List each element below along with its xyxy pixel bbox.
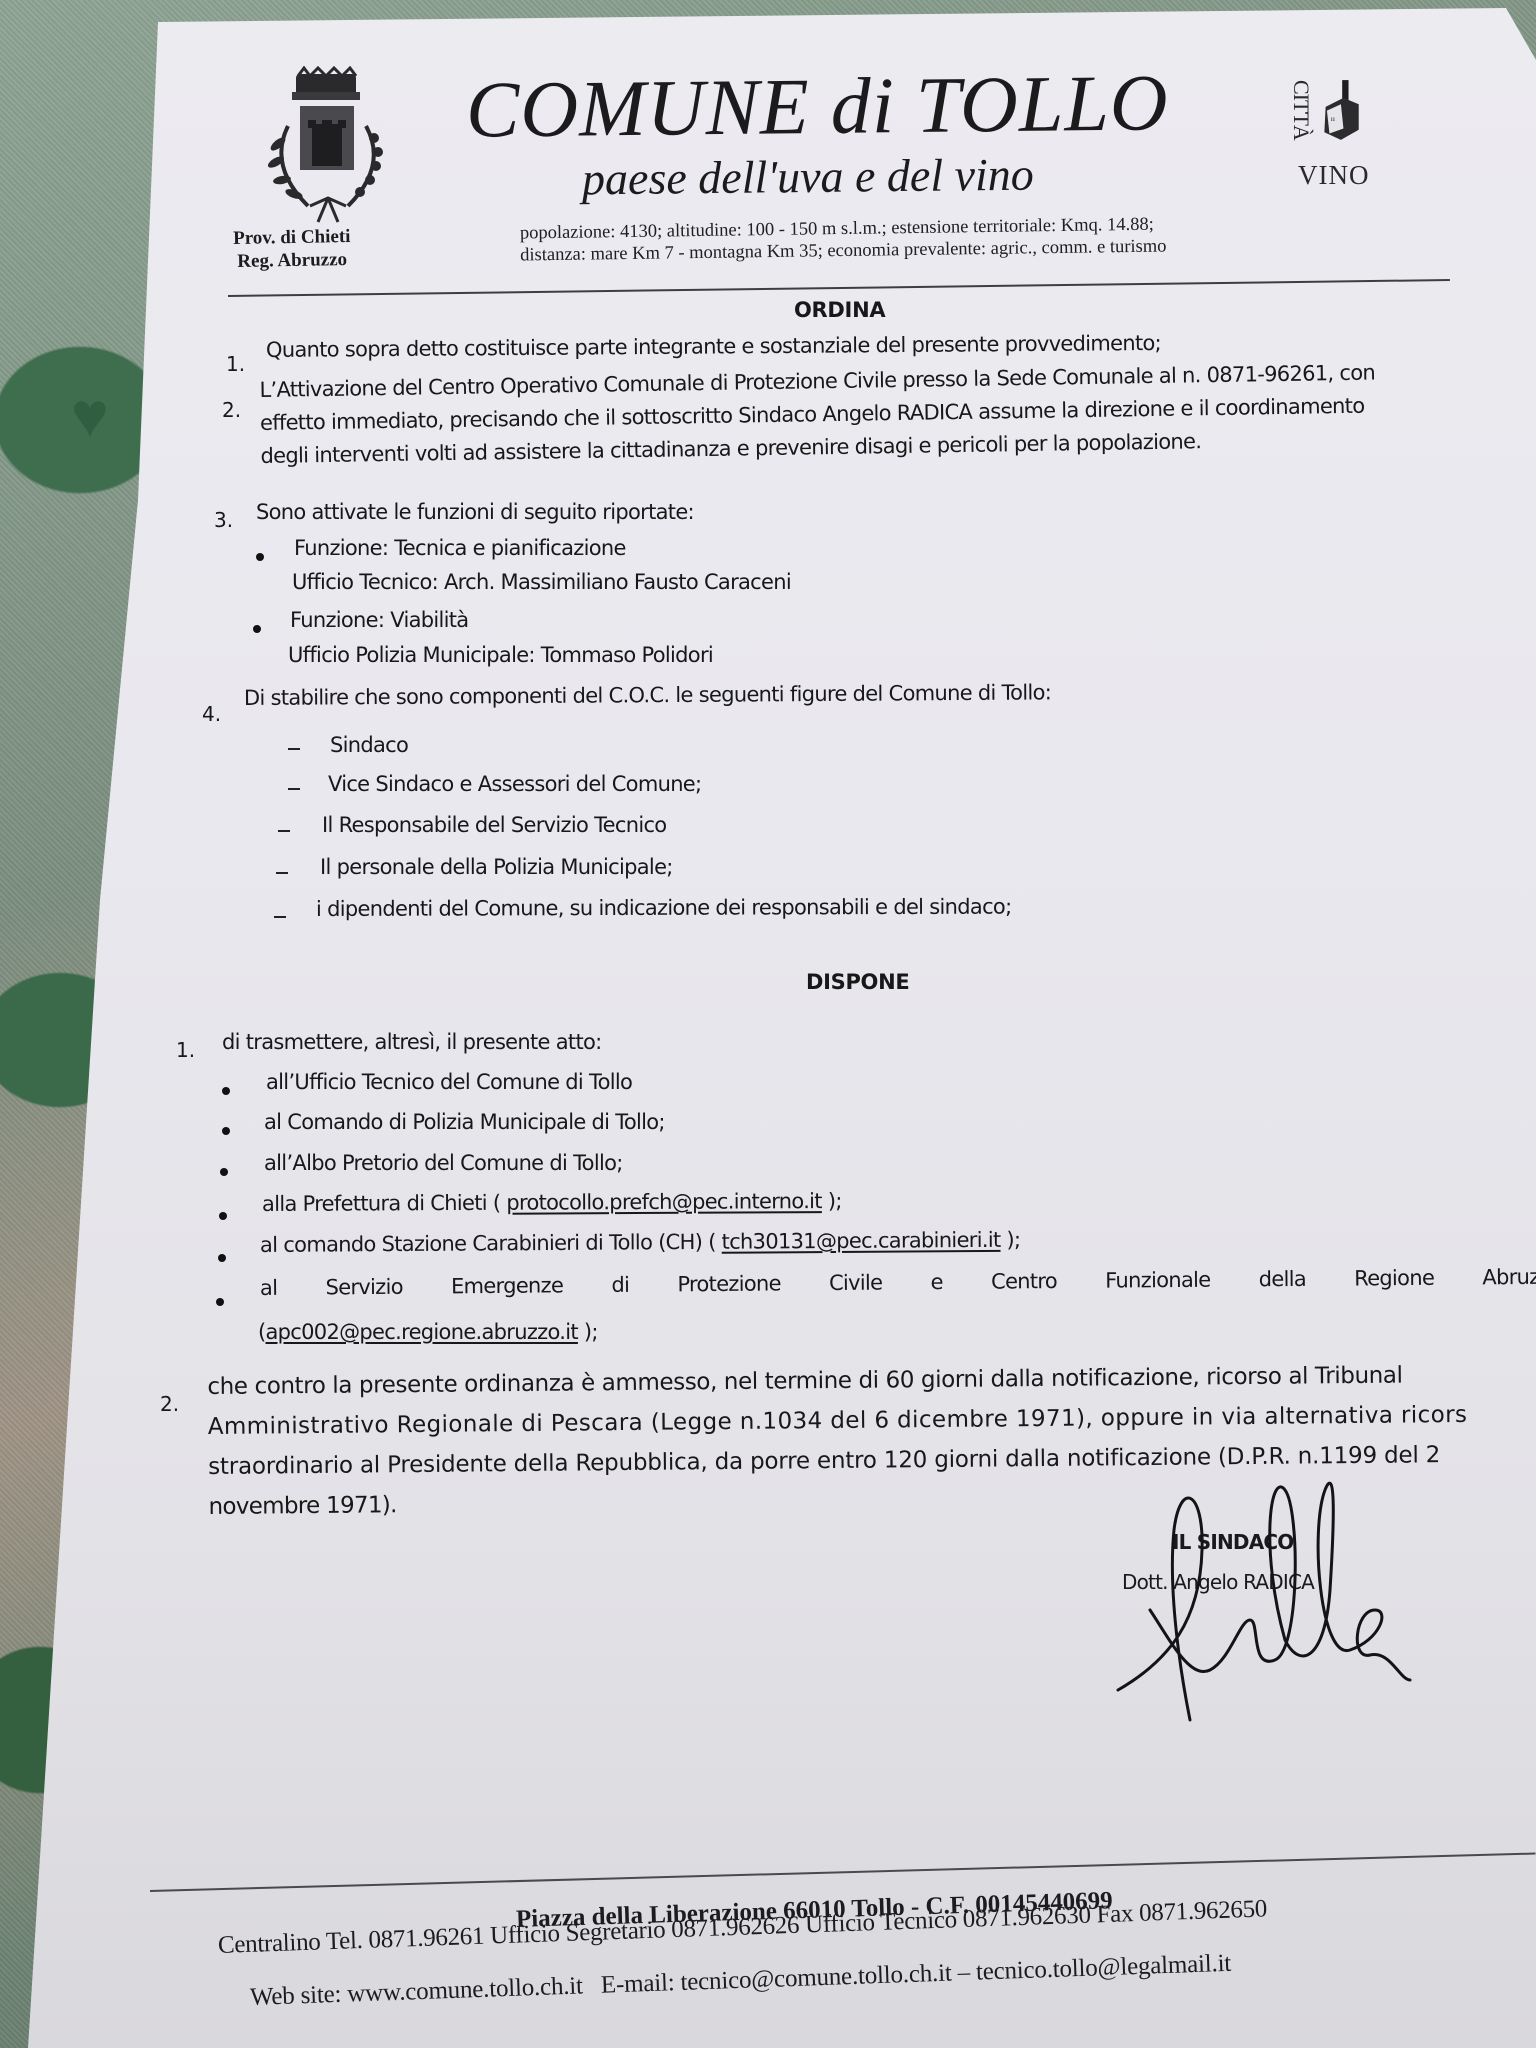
bullet-icon (218, 1254, 226, 1262)
header-divider (228, 279, 1450, 297)
justified-word: della (1259, 1267, 1307, 1291)
regione-email-link[interactable]: apc002@pec.regione.abruzzo.it (266, 1320, 578, 1344)
coc-member-4: Il personale della Polizia Municipale; (320, 855, 673, 879)
municipality-title: COMUNE di TOLLO (466, 58, 1169, 156)
justified-word: di (611, 1273, 629, 1297)
ordina-item-2-line-3: degli interventi volti ad assistere la c… (260, 426, 1376, 468)
justified-word: Centro (991, 1269, 1057, 1294)
bullet-icon (253, 625, 261, 633)
justified-word: Abruzz (1482, 1265, 1536, 1290)
carabinieri-email-link[interactable]: tch30131@pec.carabinieri.it (722, 1228, 1001, 1254)
dispone-item-2-number: 2. (160, 1392, 179, 1416)
bullet-icon (219, 1212, 227, 1220)
ordina-item-3-number: 3. (214, 508, 233, 532)
justified-word: Emergenze (451, 1273, 563, 1298)
bullet-icon (222, 1087, 230, 1095)
coc-member-1: Sindaco (330, 733, 408, 757)
dash-icon (278, 830, 290, 832)
website-label: Web site: (250, 1981, 342, 2011)
dispone-heading: DISPONE (806, 970, 909, 994)
recipient-1: all’Ufficio Tecnico del Comune di Tollo (266, 1070, 632, 1094)
justified-word: Regione (1354, 1266, 1434, 1291)
prefettura-email-link[interactable]: protocollo.prefch@pec.interno.it (506, 1189, 822, 1215)
region-label: Reg. Abruzzo (232, 248, 352, 273)
ordina-item-4: Di stabilire che sono componenti del C.O… (244, 680, 1051, 710)
justified-word: Funzionale (1105, 1268, 1210, 1293)
dispone-item-2-line-1: che contro la presente ordinanza è ammes… (207, 1362, 1467, 1400)
municipality-motto: paese dell'uva e del vino (582, 148, 1034, 206)
bullet-icon (216, 1298, 224, 1306)
dispone-item-1-number: 1. (176, 1038, 195, 1062)
svg-text:ıı: ıı (1331, 114, 1335, 123)
municipality-stats: popolazione: 4130; altitudine: 100 - 150… (520, 213, 1167, 266)
recipient-2: al Comando di Polizia Municipale di Toll… (264, 1110, 665, 1134)
function-2-name: Funzione: Viabilità (290, 608, 468, 632)
coat-of-arms-icon (248, 66, 408, 226)
handwritten-signature-icon (1110, 1470, 1420, 1730)
ordina-item-2: L’Attivazione del Centro Operativo Comun… (259, 360, 1376, 468)
justified-word: al (260, 1276, 278, 1300)
ordina-item-2-number: 2. (222, 398, 241, 422)
website-link[interactable]: www.comune.tollo.ch.it (347, 1972, 583, 2007)
recipient-6-paren: ( (258, 1320, 266, 1344)
function-1-name: Funzione: Tecnica e pianificazione (294, 536, 626, 560)
recipient-4: alla Prefettura di Chieti ( protocollo.p… (262, 1189, 842, 1216)
ordinance-document: Prov. di Chieti Reg. Abruzzo COMUNE di T… (0, 0, 1536, 2048)
justified-word: Protezione (677, 1271, 781, 1296)
recipient-5-label: al comando Stazione Carabinieri di Tollo… (260, 1230, 722, 1257)
dash-icon (276, 872, 288, 874)
function-1-office: Ufficio Tecnico: Arch. Massimiliano Faus… (292, 570, 791, 594)
ordina-item-3: Sono attivate le funzioni di seguito rip… (256, 500, 694, 524)
function-2-office: Ufficio Polizia Municipale: Tommaso Poli… (288, 643, 713, 667)
bullet-icon (220, 1168, 228, 1176)
citta-del-vino-logo-icon: ıı (1318, 72, 1388, 162)
dash-icon (288, 748, 300, 750)
dispone-item-1-intro: di trasmettere, altresì, il presente att… (222, 1030, 602, 1054)
ordina-item-1-number: 1. (226, 352, 245, 376)
footer-divider (150, 1853, 1536, 1892)
dash-icon (288, 788, 300, 790)
coc-member-5: i dipendenti del Comune, su indicazione … (316, 895, 1012, 921)
province-region-label: Prov. di Chieti Reg. Abruzzo (232, 225, 353, 273)
recipient-4-label: alla Prefettura di Chieti ( (262, 1191, 506, 1216)
citta-label: CITTÀ (1288, 80, 1314, 140)
coc-member-3: Il Responsabile del Servizio Tecnico (322, 813, 666, 837)
dispone-item-2-line-2: Amministrativo Regionale di Pescara (Leg… (208, 1402, 1468, 1440)
recipient-6-suffix: ); (578, 1320, 598, 1344)
recipient-6-line-2: (apc002@pec.regione.abruzzo.it ); (258, 1320, 598, 1344)
email-label: E-mail: (600, 1969, 674, 1999)
bullet-icon (222, 1127, 230, 1135)
dash-icon (274, 916, 286, 918)
recipient-4-suffix: ); (822, 1189, 842, 1213)
justified-word: Servizio (325, 1275, 402, 1300)
justified-word: e (930, 1270, 942, 1294)
recipient-5: al comando Stazione Carabinieri di Tollo… (260, 1228, 1020, 1257)
pec-email-link[interactable]: tecnico.tollo@legalmail.it (975, 1950, 1231, 1986)
footer-contacts: Web site: www.comune.tollo.ch.it E-mail:… (250, 1950, 1232, 2012)
ordina-item-1: Quanto sopra detto costituisce parte int… (266, 331, 1161, 362)
email-separator: – (951, 1959, 976, 1987)
recipient-5-suffix: ); (1000, 1228, 1020, 1252)
recipient-6-line-1: alServizioEmergenzediProtezioneCivileeCe… (260, 1265, 1536, 1300)
recipient-3: all’Albo Pretorio del Comune di Tollo; (264, 1151, 623, 1175)
bullet-icon (256, 553, 264, 561)
coc-member-2: Vice Sindaco e Assessori del Comune; (328, 772, 701, 796)
justified-word: Civile (829, 1271, 883, 1295)
vino-label: VINO (1298, 160, 1370, 191)
province-label: Prov. di Chieti (232, 225, 352, 250)
ordina-item-4-number: 4. (202, 702, 221, 726)
email-link[interactable]: tecnico@comune.tollo.ch.it (680, 1960, 952, 1996)
ordina-heading: ORDINA (794, 298, 885, 322)
